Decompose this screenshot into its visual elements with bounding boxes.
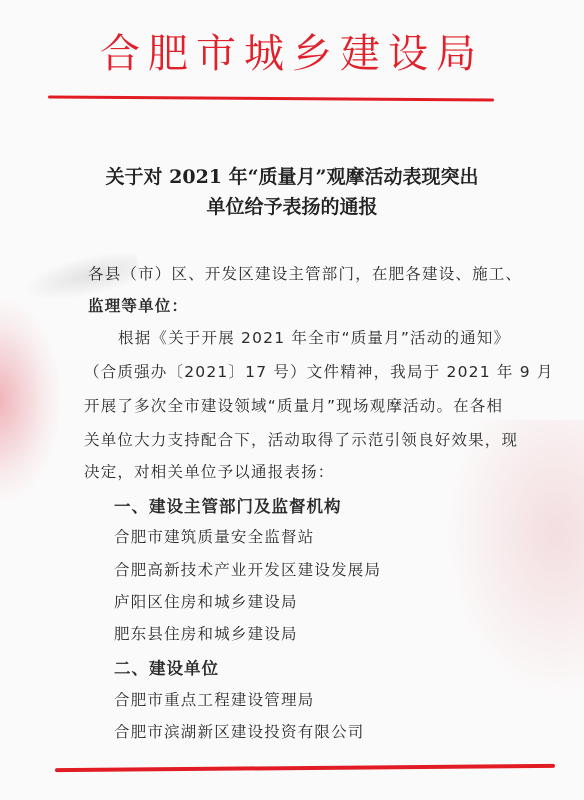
section-item: 合肥市滨湖新区建设投资有限公司 <box>114 720 365 742</box>
body-paragraph-line: 根据《关于开展 2021 年全市“质量月”活动的通知》 <box>118 326 510 348</box>
footer-divider <box>55 764 555 772</box>
body-paragraph-line: 决定，对相关单位予以通报表扬： <box>84 460 335 482</box>
section-item: 肥东县住房和城乡建设局 <box>114 622 298 644</box>
section-item: 庐阳区住房和城乡建设局 <box>114 590 298 612</box>
letterhead-divider <box>48 95 494 101</box>
letterhead-title: 合肥市城乡建设局 <box>0 22 584 79</box>
salutation-line-1: 各县（市）区、开发区建设主管部门，在肥各建设、施工、 <box>88 262 522 284</box>
salutation-line-2: 监理等单位： <box>88 294 188 316</box>
body-paragraph-line: （合质强办〔2021〕17 号）文件精神，我局于 2021 年 9 月 <box>84 360 554 382</box>
section-heading: 二、建设单位 <box>114 655 219 679</box>
section-heading: 一、建设主管部门及监督机构 <box>114 493 342 517</box>
paper-smudge <box>0 300 60 500</box>
body-paragraph-line: 关单位大力支持配合下，活动取得了示范引领良好效果，现 <box>84 428 518 450</box>
paper-smudge <box>444 420 584 700</box>
document-title-line-2: 单位给予表扬的通报 <box>0 192 584 219</box>
body-paragraph-line: 开展了多次全市建设领域“质量月”现场观摩活动。在各相 <box>84 394 503 416</box>
section-item: 合肥高新技术产业开发区建设发展局 <box>114 558 381 580</box>
section-item: 合肥市重点工程建设管理局 <box>114 688 314 710</box>
section-item: 合肥市建筑质量安全监督站 <box>114 525 314 547</box>
document-title-line-1: 关于对 2021 年“质量月”观摩活动表现突出 <box>0 162 584 189</box>
